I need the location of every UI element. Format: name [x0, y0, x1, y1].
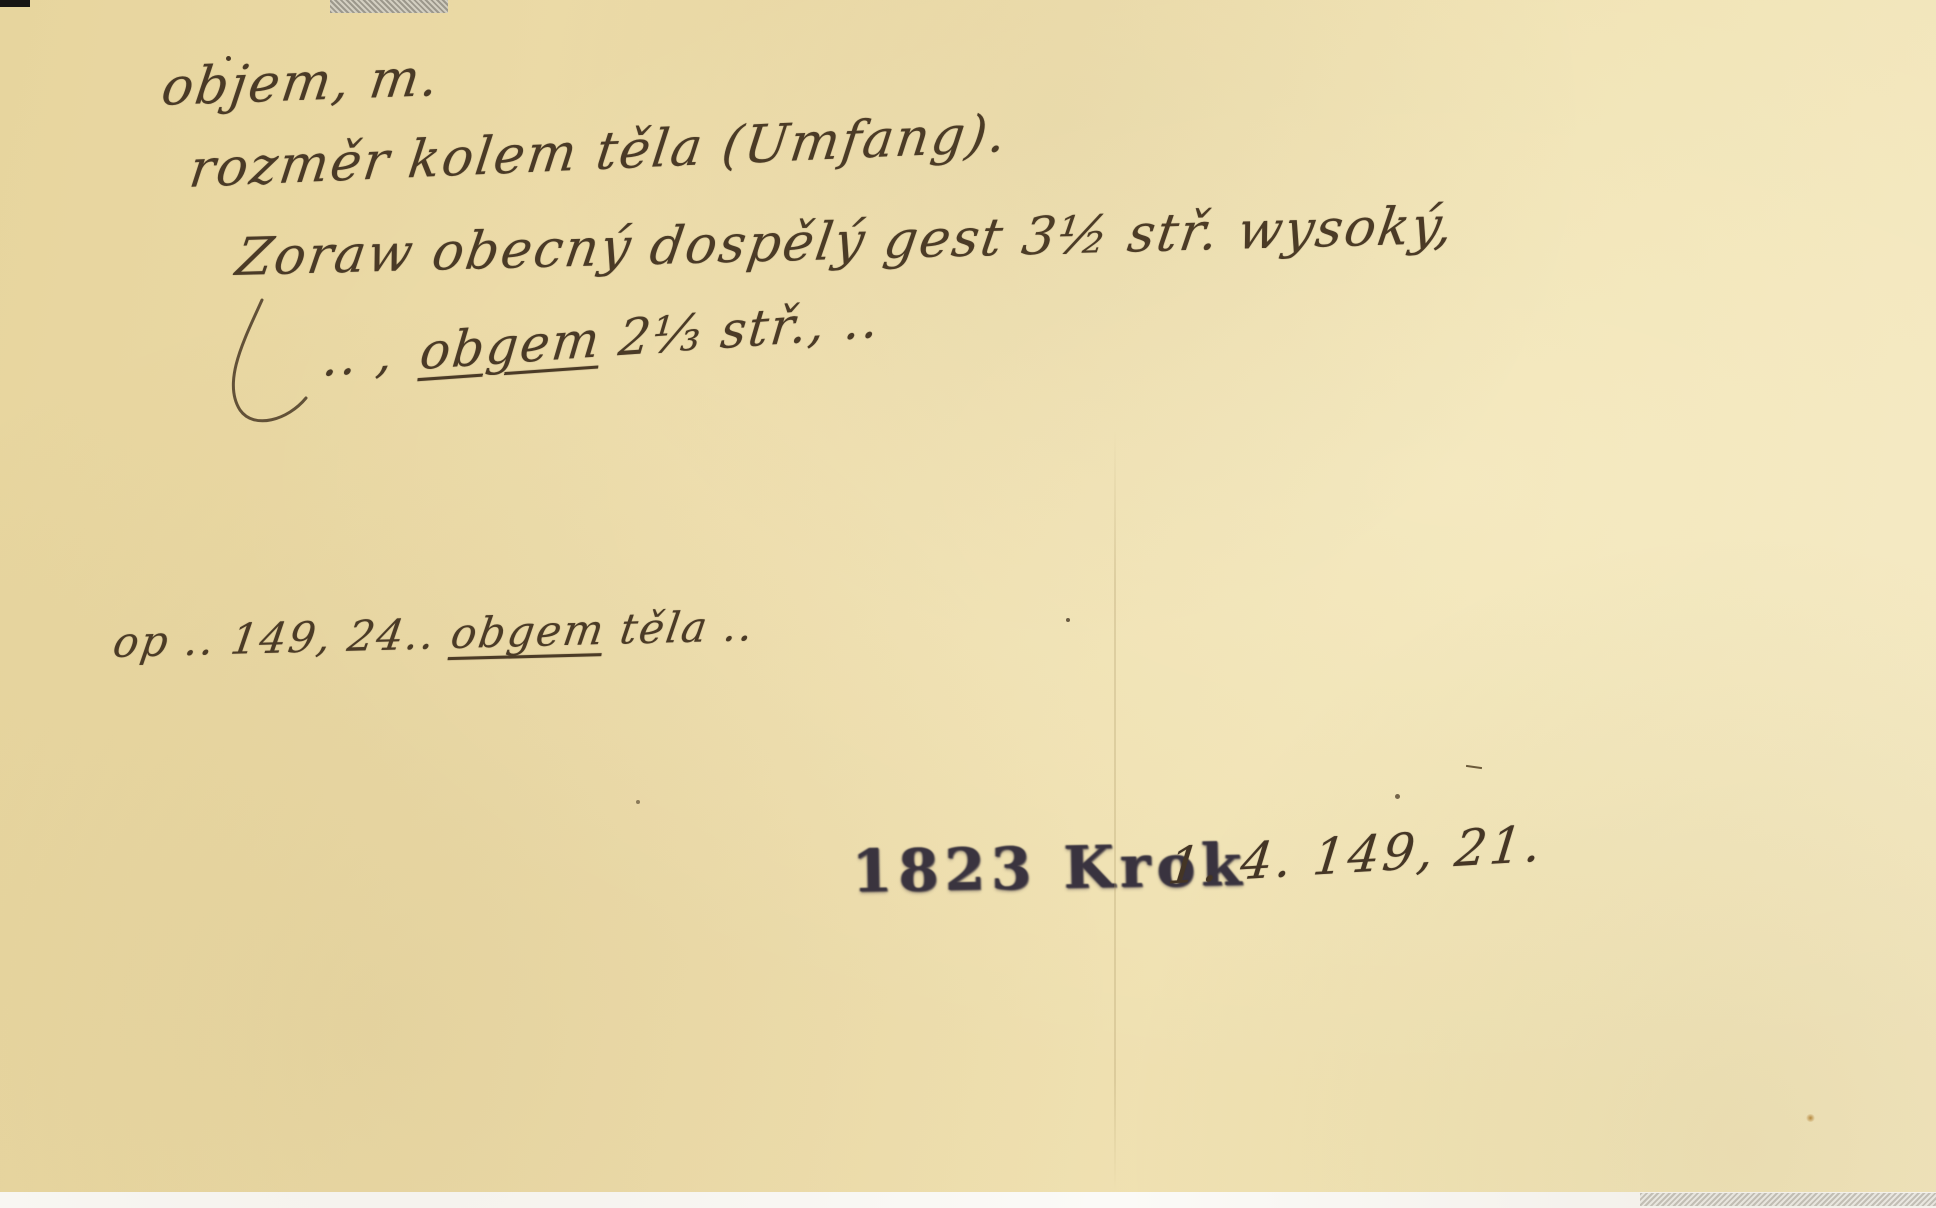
line5-tela: těla ..: [617, 601, 759, 654]
scan-edge-artifact-bottomright: [1640, 1193, 1936, 1206]
ink-speck: [636, 800, 640, 804]
ink-speck: [1066, 618, 1070, 622]
handwritten-line-objem: objem, m.: [158, 48, 444, 118]
line5-reference: op .. 149, 24..: [110, 609, 440, 667]
handwritten-citation-numbers: 1. 4. 149, 21.: [1165, 814, 1547, 895]
handwritten-line-zoraw: Zoraw obecný dospělý gest 3½ stř. wysoký…: [232, 196, 1459, 288]
scan-edge-artifact-topleft: [0, 0, 30, 7]
line5-underlined-word: obgem: [448, 605, 609, 658]
paper-rust-spot: [1806, 1114, 1815, 1122]
ink-speck: [226, 56, 231, 61]
spacer: [393, 369, 419, 371]
handwritten-line-rozmer: rozměr kolem těla (Umfang).: [186, 104, 1011, 200]
pencil-dash-mark: [1466, 765, 1482, 769]
line4-underlined-word: obgem: [417, 310, 604, 381]
line4-measure: 2⅓ stř., ..: [616, 290, 883, 367]
handwritten-line-op-149: op .. 149, 24.. obgem těla ..: [110, 601, 758, 667]
ink-speck: [1395, 794, 1400, 799]
scanned-manuscript-page: objem, m. rozměr kolem těla (Umfang). Zo…: [0, 0, 1936, 1208]
scan-edge-artifact-topcenter: [330, 0, 448, 13]
handwritten-line-obgem-str: .. ,obgem 2⅓ stř., ..: [320, 290, 883, 388]
line4-ditto-marks: .. ,: [320, 324, 398, 388]
paper-fold-line: [1114, 430, 1116, 1192]
